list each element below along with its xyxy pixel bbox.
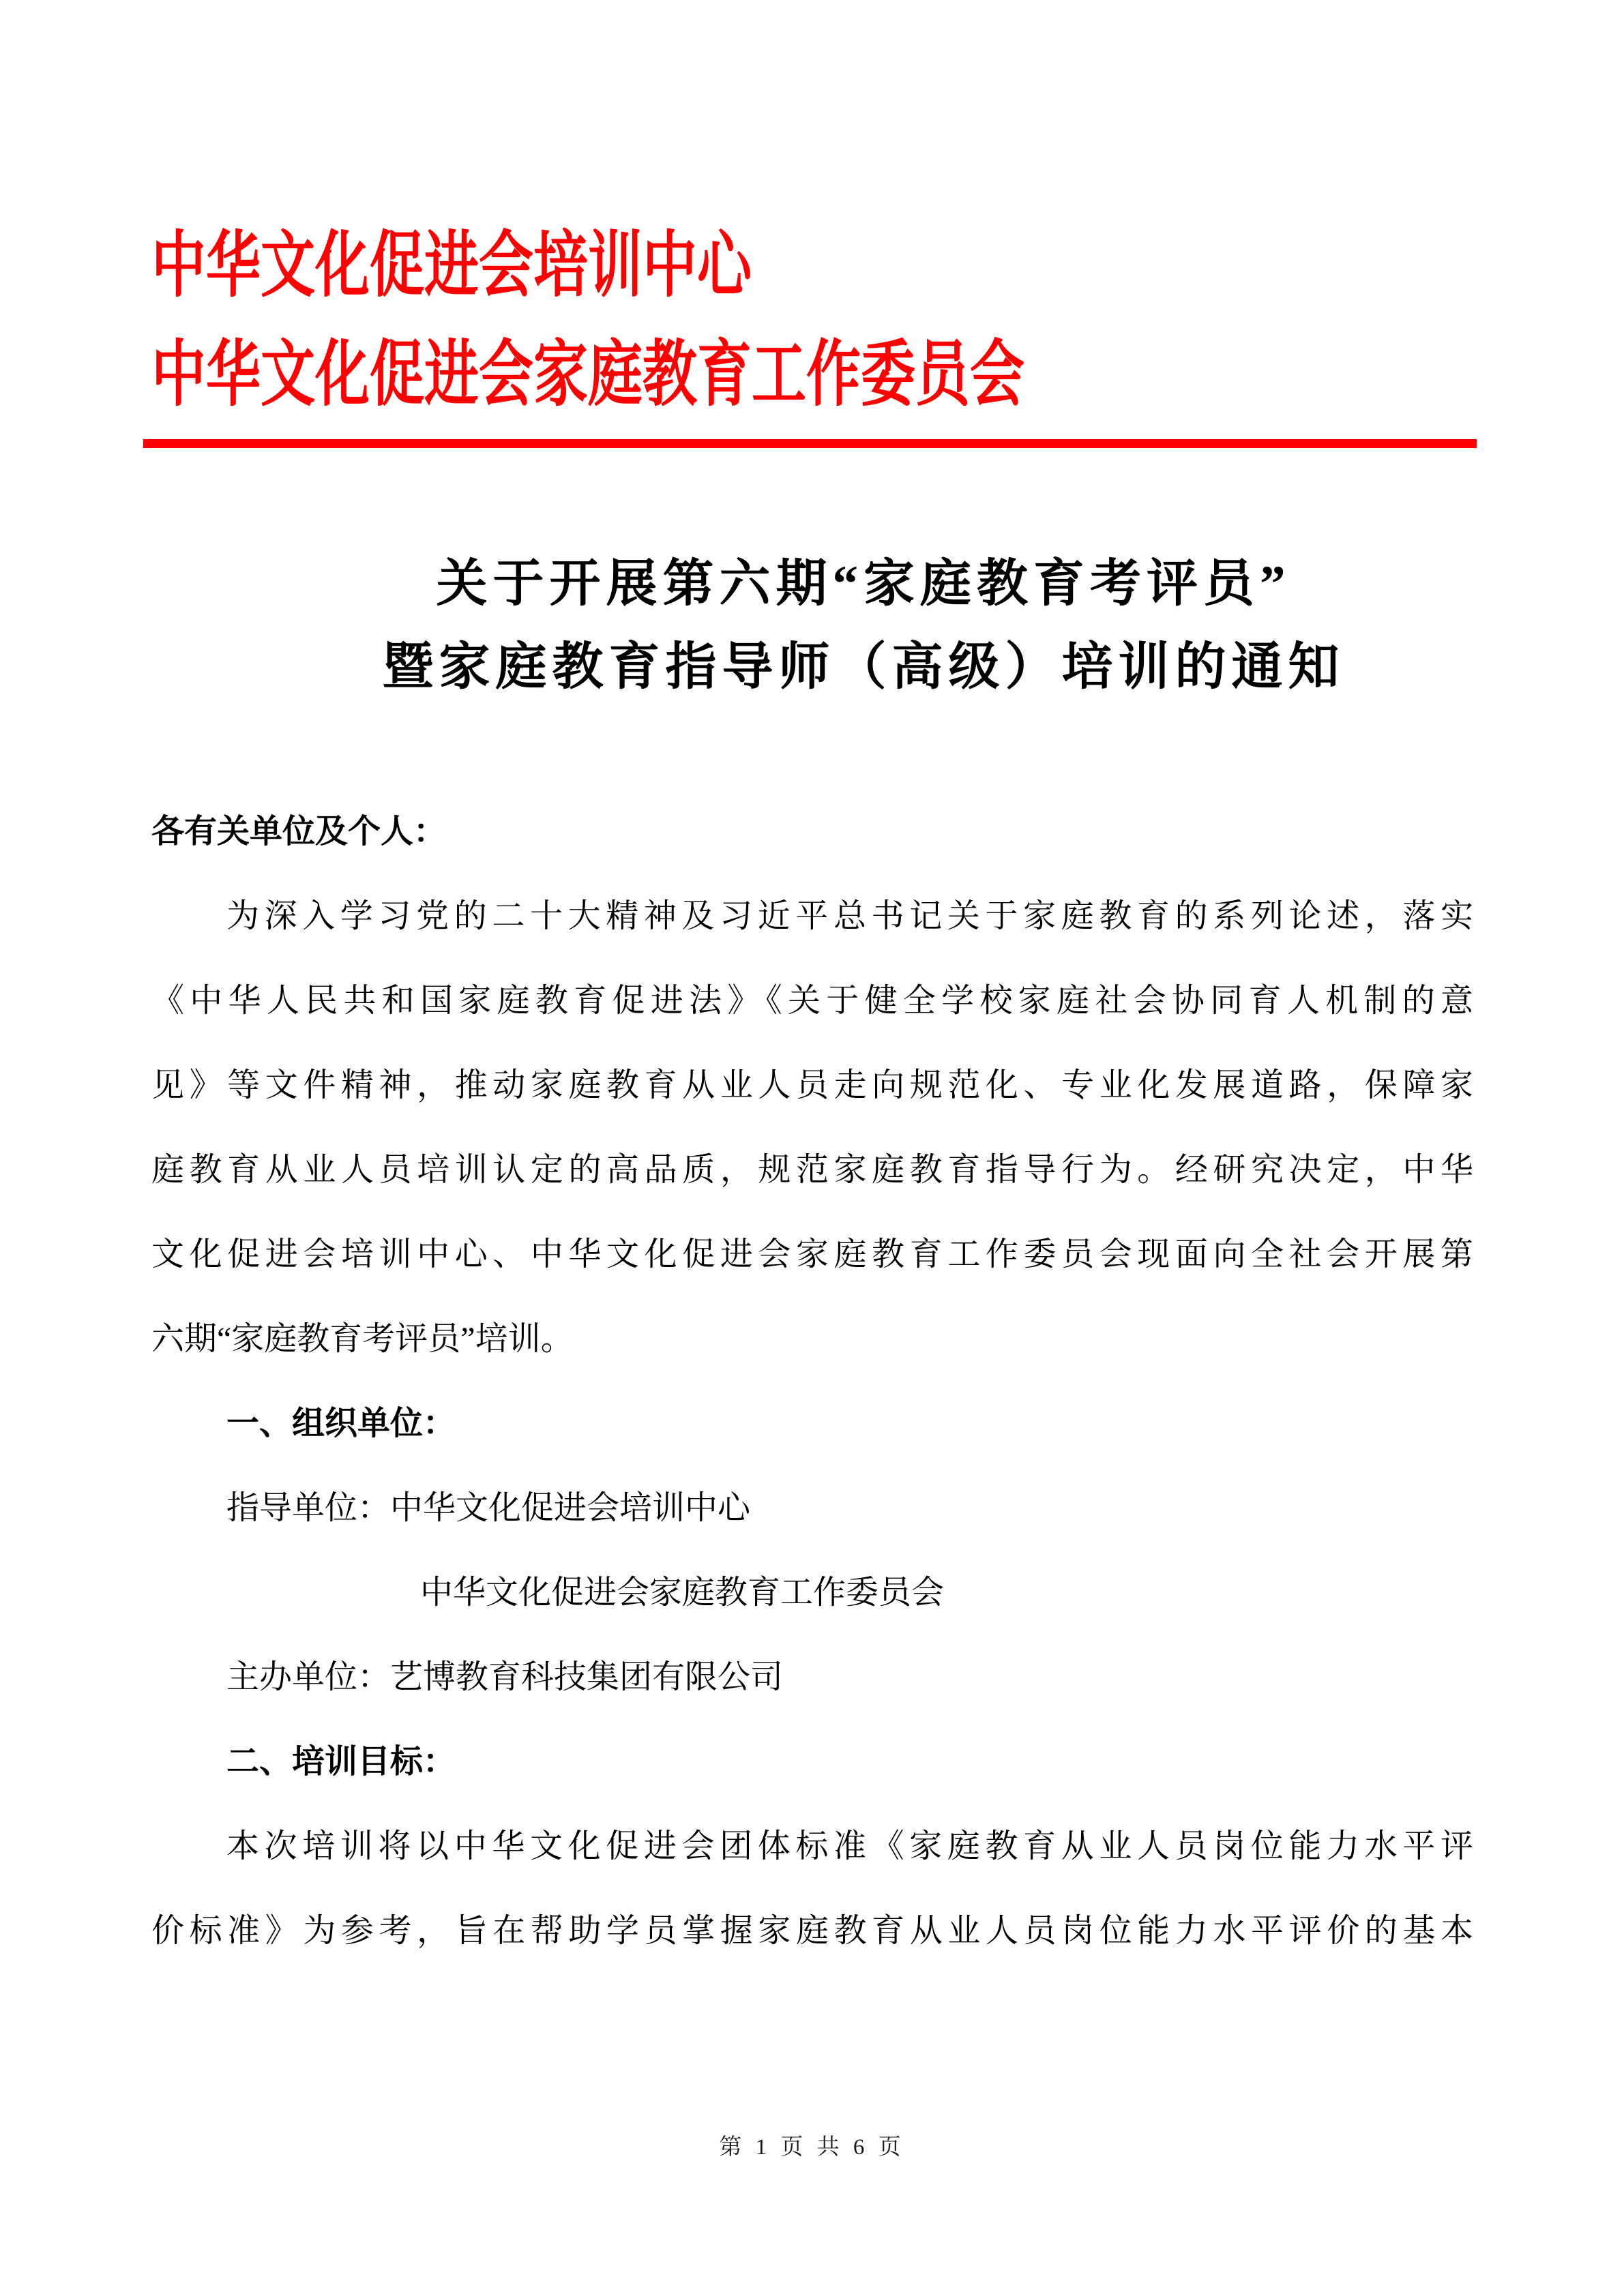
salutation-line: 各有关单位及个人： bbox=[151, 790, 1473, 874]
paragraph-2-line-2: 价标准》为参考，旨在帮助学员掌握家庭教育从业人员岗位能力水平评价的基本 bbox=[151, 1889, 1473, 1973]
organizer-unit-line: 主办单位：艺博教育科技集团有限公司 bbox=[151, 1635, 1473, 1720]
document-page: { "page": { "width": 2381, "height": 336… bbox=[0, 0, 1624, 2296]
letterhead-org-line-1: 中华文化促进会培训中心 bbox=[151, 225, 1473, 308]
paragraph-1-line-4: 庭教育从业人员培训认定的高品质，规范家庭教育指导行为。经研究决定，中华 bbox=[151, 1128, 1473, 1212]
paragraph-1-line-6: 六期“家庭教育考评员”培训。 bbox=[151, 1297, 1473, 1382]
document-title-line-2: 暨家庭教育指导师（高级）培训的通知 bbox=[254, 626, 1473, 709]
paragraph-2-line-1: 本次培训将以中华文化促进会团体标准《家庭教育从业人员岗位能力水平评 bbox=[151, 1804, 1473, 1889]
section-2-heading: 二、培训目标： bbox=[151, 1720, 1473, 1804]
document-title: 关于开展第六期“家庭教育考评员” 暨家庭教育指导师（高级）培训的通知 bbox=[151, 543, 1473, 709]
page-number: 第 1 页 共 6 页 bbox=[719, 2135, 904, 2160]
guiding-unit-line: 指导单位：中华文化促进会培训中心 bbox=[151, 1466, 1473, 1551]
paragraph-1-line-3: 见》等文件精神，推动家庭教育从业人员走向规范化、专业化发展道路，保障家 bbox=[151, 1043, 1473, 1128]
document-body: 各有关单位及个人： 为深入学习党的二十大精神及习近平总书记关于家庭教育的系列论述… bbox=[151, 790, 1473, 1973]
page-footer: 第 1 页 共 6 页 bbox=[0, 2129, 1624, 2161]
red-divider-rule bbox=[143, 439, 1477, 448]
section-1-heading: 一、组织单位： bbox=[151, 1382, 1473, 1466]
letterhead-org-line-2: 中华文化促进会家庭教育工作委员会 bbox=[151, 334, 1473, 417]
paragraph-1-line-5: 文化促进会培训中心、中华文化促进会家庭教育工作委员会现面向全社会开展第 bbox=[151, 1212, 1473, 1297]
document-title-line-1: 关于开展第六期“家庭教育考评员” bbox=[254, 543, 1473, 626]
guiding-unit-line-2: 中华文化促进会家庭教育工作委员会 bbox=[151, 1551, 1473, 1635]
paragraph-1-line-2: 《中华人民共和国家庭教育促进法》《关于健全学校家庭社会协同育人机制的意 bbox=[151, 959, 1473, 1043]
paragraph-1-line-1: 为深入学习党的二十大精神及习近平总书记关于家庭教育的系列论述，落实 bbox=[151, 874, 1473, 959]
